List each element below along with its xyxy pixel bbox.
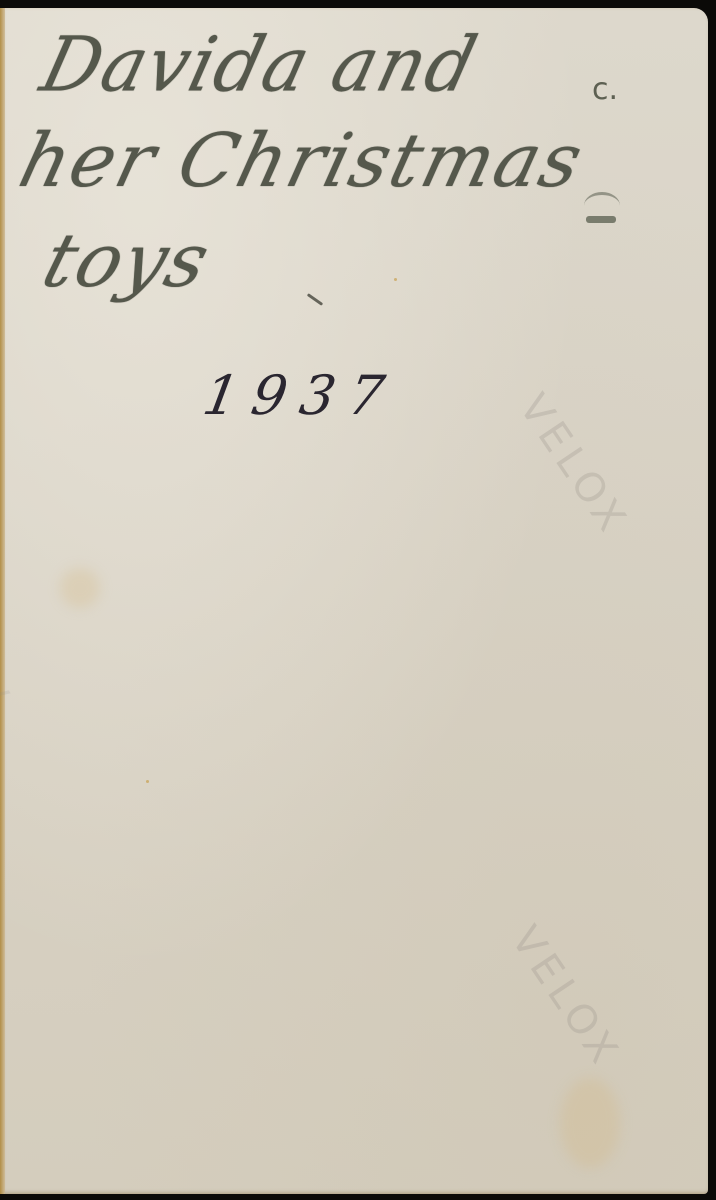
pencil-dash	[307, 293, 323, 306]
caption-line-2: her Christmas	[11, 118, 592, 204]
margin-mark: c.	[592, 72, 618, 107]
handwritten-caption: Davida and her Christmas toys c.	[0, 0, 716, 1200]
pencil-smudge	[584, 192, 620, 219]
paper-speck	[394, 278, 397, 281]
caption-line-1: Davida and	[33, 20, 487, 108]
caption-line-3: toys	[34, 218, 221, 304]
handwritten-year: 1937	[198, 364, 403, 427]
paper-speck	[146, 780, 149, 783]
